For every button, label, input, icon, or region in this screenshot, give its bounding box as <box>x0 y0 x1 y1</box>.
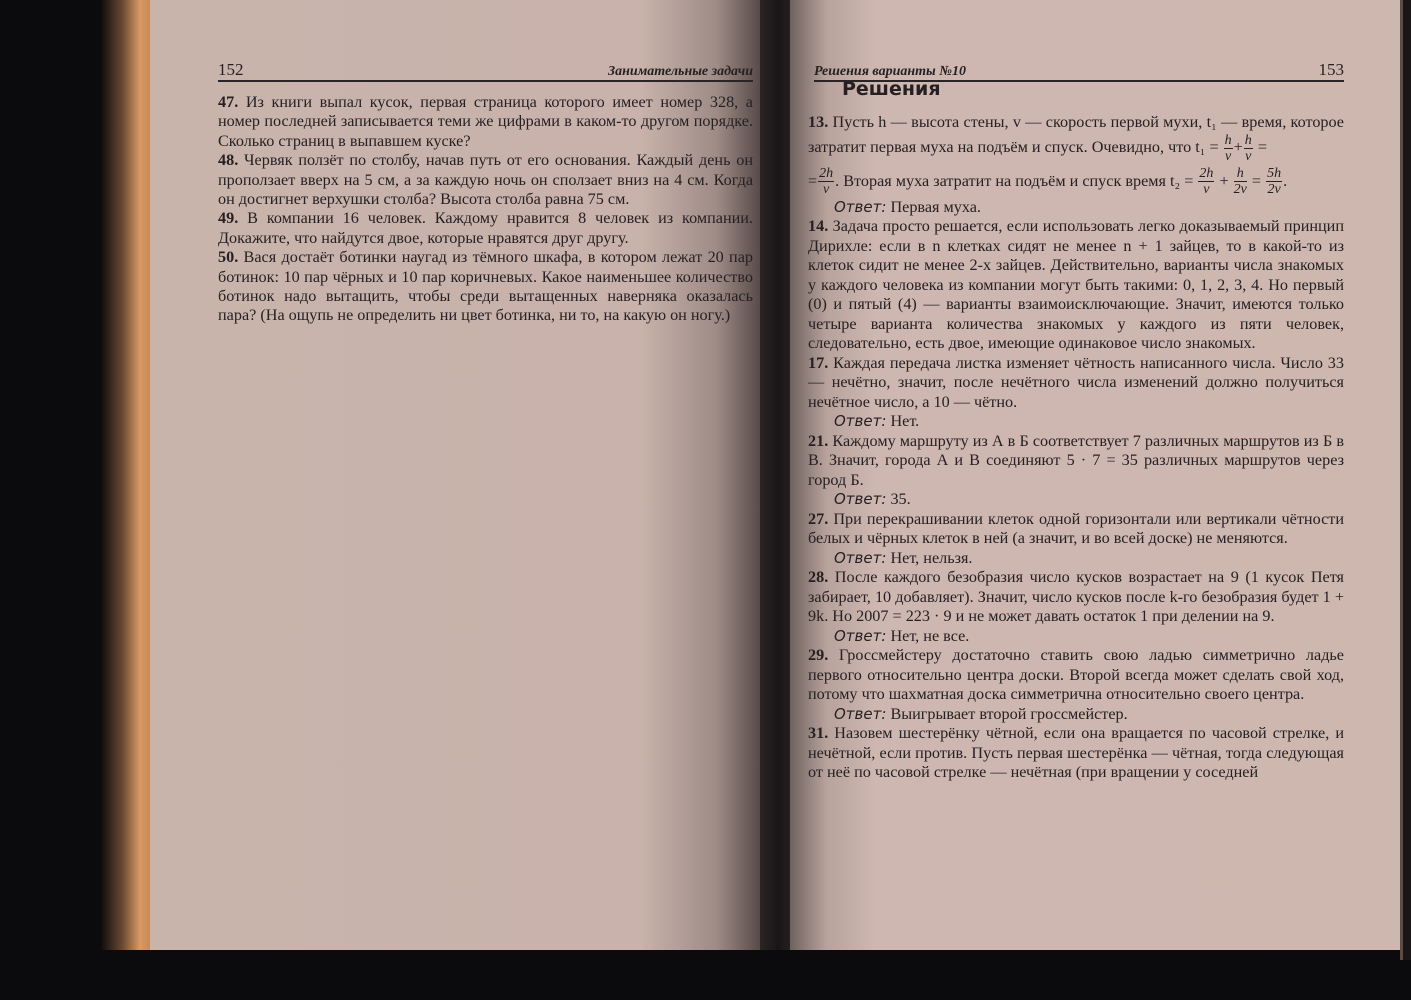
answer-21: Ответ: 35. <box>808 490 1344 510</box>
right-page: Решения варианты №10 153 Решения 13. Пус… <box>790 0 1400 950</box>
answer-28: Ответ: Нет, не все. <box>808 627 1344 647</box>
problem-48: 48. Червяк ползёт по столбу, начав путь … <box>218 151 753 209</box>
left-running-head: 152 Занимательные задачи <box>218 58 753 82</box>
fraction: hv <box>1224 133 1233 164</box>
fraction: 2hv <box>818 166 834 197</box>
solutions-list: 13. Пусть h — высота стены, v — скорость… <box>808 113 1344 783</box>
solution-31: 31. Назовем шестерёнку чётной, если она … <box>808 724 1344 783</box>
fraction: hv <box>1244 133 1253 164</box>
problem-50: 50. Вася достаёт ботинки наугад из тёмно… <box>218 248 753 326</box>
solution-13-cont: =2hv. Вторая муха затратит на подъём и с… <box>808 164 1344 198</box>
answer-17: Ответ: Нет. <box>808 412 1344 432</box>
page-number-right: 153 <box>1319 60 1345 80</box>
page-number-left: 152 <box>218 60 244 80</box>
running-head-title-left: Занимательные задачи <box>608 64 753 80</box>
solutions-heading: Решения <box>842 78 941 100</box>
problem-49: 49. В компании 16 человек. Каждому нрави… <box>218 209 753 248</box>
book-page-edges-right <box>1400 0 1411 960</box>
solution-14: 14. Задача просто решается, если использ… <box>808 217 1344 354</box>
open-book-spread: 152 Занимательные задачи 47. Из книги вы… <box>0 0 1411 950</box>
problem-47: 47. Из книги выпал кусок, первая страниц… <box>218 93 753 151</box>
fraction: 5h2v <box>1266 166 1282 197</box>
book-page-edges-left <box>100 0 150 950</box>
solution-13: 13. Пусть h — высота стены, v — скорость… <box>808 113 1344 164</box>
problems-list: 47. Из книги выпал кусок, первая страниц… <box>218 93 753 326</box>
solution-28: 28. После каждого безобразия число куско… <box>808 568 1344 627</box>
solution-17: 17. Каждая передача листка изменяет чётн… <box>808 354 1344 413</box>
solution-29: 29. Гроссмейстеру достаточно ставить сво… <box>808 646 1344 705</box>
answer-29: Ответ: Выигрывает второй гроссмейстер. <box>808 705 1344 725</box>
solution-27: 27. При перекрашивании клеток одной гори… <box>808 510 1344 549</box>
answer-27: Ответ: Нет, нельзя. <box>808 549 1344 569</box>
answer-13: Ответ: Первая муха. <box>808 198 1344 218</box>
solution-21: 21. Каждому маршруту из А в Б соответств… <box>808 432 1344 491</box>
fraction: 2hv <box>1198 166 1214 197</box>
fraction: h2v <box>1234 166 1247 197</box>
left-page: 152 Занимательные задачи 47. Из книги вы… <box>150 0 780 950</box>
